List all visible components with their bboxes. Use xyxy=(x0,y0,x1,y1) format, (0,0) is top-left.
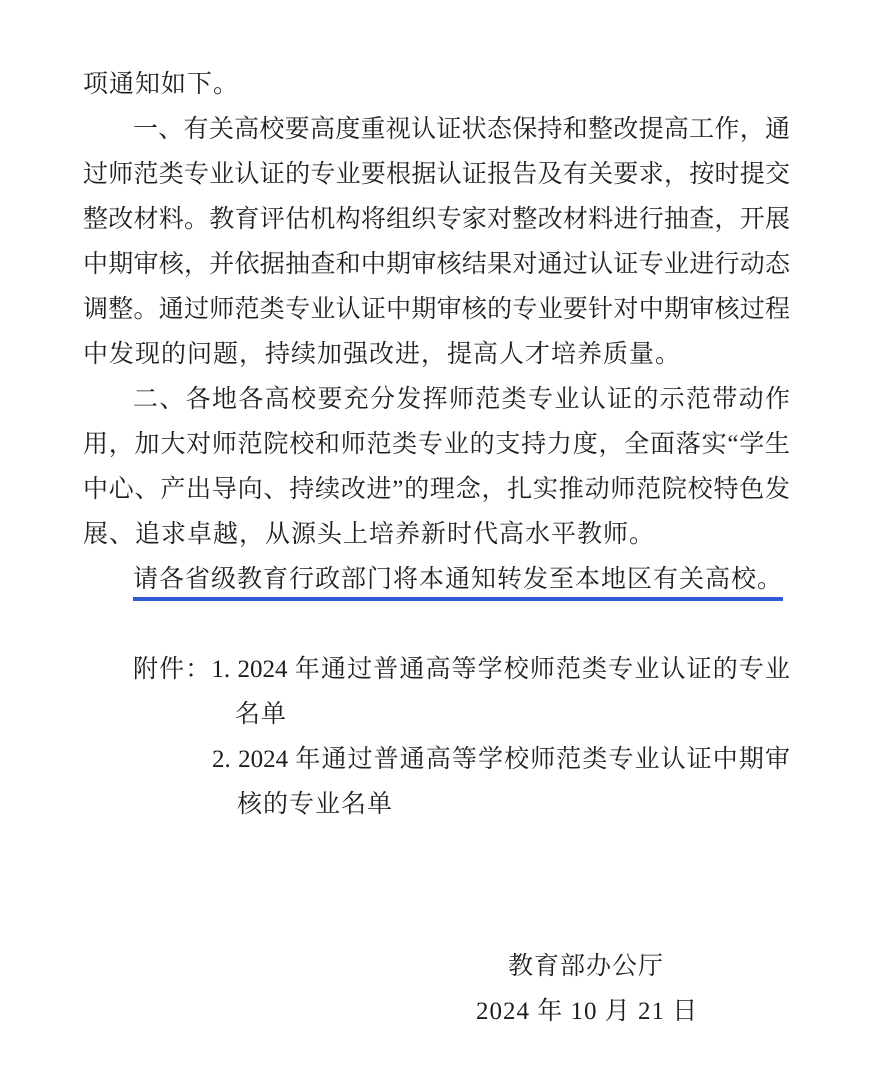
attachment-line-4: 核的专业名单 xyxy=(237,782,790,827)
para-1-line-4: 中期审核，并依据抽查和中期审核结果对通过认证专业进行动态 xyxy=(83,242,790,287)
para-2-line-1: 二、各地各高校要充分发挥师范类专业认证的示范带动作 xyxy=(133,377,790,422)
signature-date: 2024 年 10 月 21 日 xyxy=(476,989,790,1034)
para-1-line-5: 调整。通过师范类专业认证中期审核的专业要针对中期审核过程 xyxy=(83,287,790,332)
directive-underline: 请各省级教育行政部门将本通知转发至本地区有关高校。 xyxy=(133,566,783,601)
para-1-line-1: 一、有关高校要高度重视认证状态保持和整改提高工作，通 xyxy=(133,107,790,152)
document-page: 项通知如下。一、有关高校要高度重视认证状态保持和整改提高工作，通过师范类专业认证… xyxy=(0,0,878,1074)
para-2-line-3: 中心、产出导向、持续改进”的理念，扎实推动师范院校特色发 xyxy=(83,467,790,512)
attachment-line-1: 附件：1. 2024 年通过普通高等学校师范类专业认证的专业 xyxy=(133,647,790,692)
document-body: 项通知如下。一、有关高校要高度重视认证状态保持和整改提高工作，通过师范类专业认证… xyxy=(83,62,790,1034)
para-1-line-2: 过师范类专业认证的专业要根据认证报告及有关要求，按时提交 xyxy=(83,152,790,197)
para-2-line-2: 用，加大对师范院校和师范类专业的支持力度，全面落实“学生 xyxy=(83,422,790,467)
para-2-line-4: 展、追求卓越，从源头上培养新时代高水平教师。 xyxy=(83,512,790,557)
attachment-line-2: 名单 xyxy=(235,692,790,737)
para-1-line-3: 整改材料。教育评估机构将组织专家对整改材料进行抽查，开展 xyxy=(83,197,790,242)
signature-org: 教育部办公厅 xyxy=(508,944,790,989)
directive-line: 请各省级教育行政部门将本通知转发至本地区有关高校。 xyxy=(133,557,790,602)
intro-line: 项通知如下。 xyxy=(83,62,790,107)
para-1-line-6: 中发现的问题，持续加强改进，提高人才培养质量。 xyxy=(83,332,790,377)
attachment-line-3: 2. 2024 年通过普通高等学校师范类专业认证中期审 xyxy=(212,737,790,782)
